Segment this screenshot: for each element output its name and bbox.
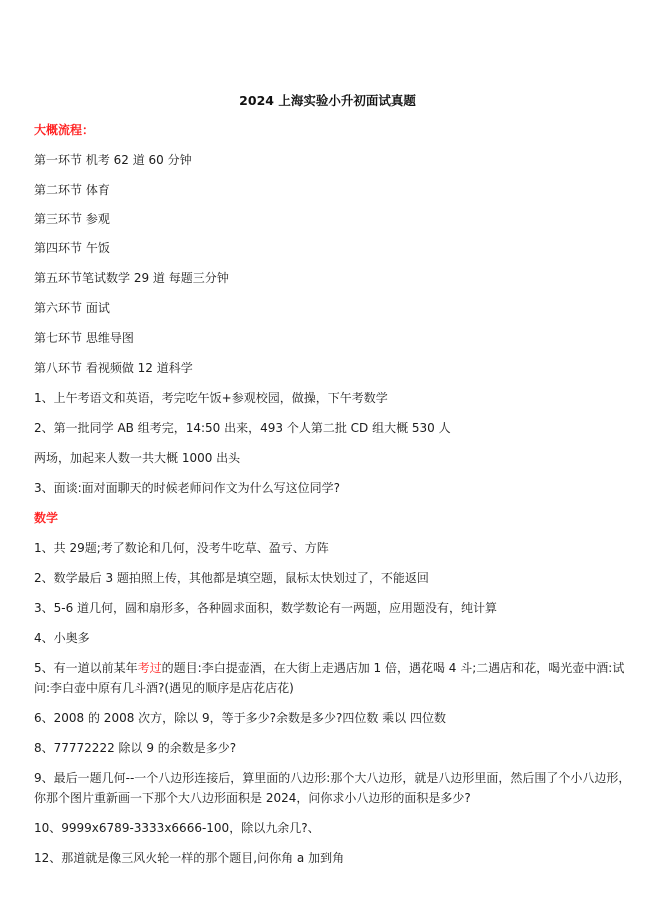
- math-item-6: 6、2008 的 2008 次方，除以 9，等于多少?余数是多少?四位数 乘以 …: [34, 708, 446, 728]
- math-item-4: 4、小奥多: [34, 628, 90, 648]
- section-heading-math: 数学: [34, 508, 58, 528]
- note-3: 3、面谈:面对面聊天的时候老师问作文为什么写这位同学?: [34, 478, 340, 498]
- note-2-cont: 两场，加起来人数一共大概 1000 出头: [34, 448, 240, 468]
- math-item-12: 12、那道就是像三风火轮一样的那个题目,问你角 a 加到角: [34, 848, 344, 868]
- document-page: 2024 上海实验小升初面试真题 大概流程： 第一环节 机考 62 道 60 分…: [0, 0, 655, 914]
- math-item-5-prefix: 5、有一道以前某年: [34, 661, 138, 675]
- section-heading-process: 大概流程：: [34, 120, 94, 140]
- math-item-10: 10、9999x6789-3333x6666-100，除以九余几?、: [34, 818, 320, 838]
- document-title: 2024 上海实验小升初面试真题: [0, 91, 655, 109]
- math-item-9: 9、最后一题几何--一个八边形连接后，算里面的八边形:那个大八边形，就是八边形里…: [34, 768, 634, 808]
- step-8: 第八环节 看视频做 12 道科学: [34, 358, 193, 378]
- step-4: 第四环节 午饭: [34, 238, 110, 258]
- step-3: 第三环节 参观: [34, 209, 110, 229]
- step-1: 第一环节 机考 62 道 60 分钟: [34, 150, 192, 170]
- step-5: 第五环节笔试数学 29 道 每题三分钟: [34, 268, 229, 288]
- math-item-5-highlight: 考过: [138, 661, 162, 675]
- step-6: 第六环节 面试: [34, 298, 110, 318]
- note-2: 2、第一批同学 AB 组考完，14:50 出来，493 个人第二批 CD 组大概…: [34, 418, 451, 438]
- math-item-1: 1、共 29题;考了数论和几何，没考牛吃草、盈亏、方阵: [34, 538, 329, 558]
- math-item-3: 3、5-6 道几何，圆和扇形多，各种圆求面积，数学数论有一两题，应用题没有，纯计…: [34, 598, 497, 618]
- math-item-2: 2、数学最后 3 题拍照上传，其他都是填空题，鼠标太快划过了，不能返回: [34, 568, 429, 588]
- step-2: 第二环节 体育: [34, 180, 110, 200]
- step-7: 第七环节 思维导图: [34, 328, 134, 348]
- note-1: 1、上午考语文和英语，考完吃午饭+参观校园，做操，下午考数学: [34, 388, 388, 408]
- math-item-8: 8、77772222 除以 9 的余数是多少?: [34, 738, 236, 758]
- math-item-5: 5、有一道以前某年考过的题目:李白提壶酒，在大街上走遇店加 1 倍，遇花喝 4 …: [34, 658, 634, 698]
